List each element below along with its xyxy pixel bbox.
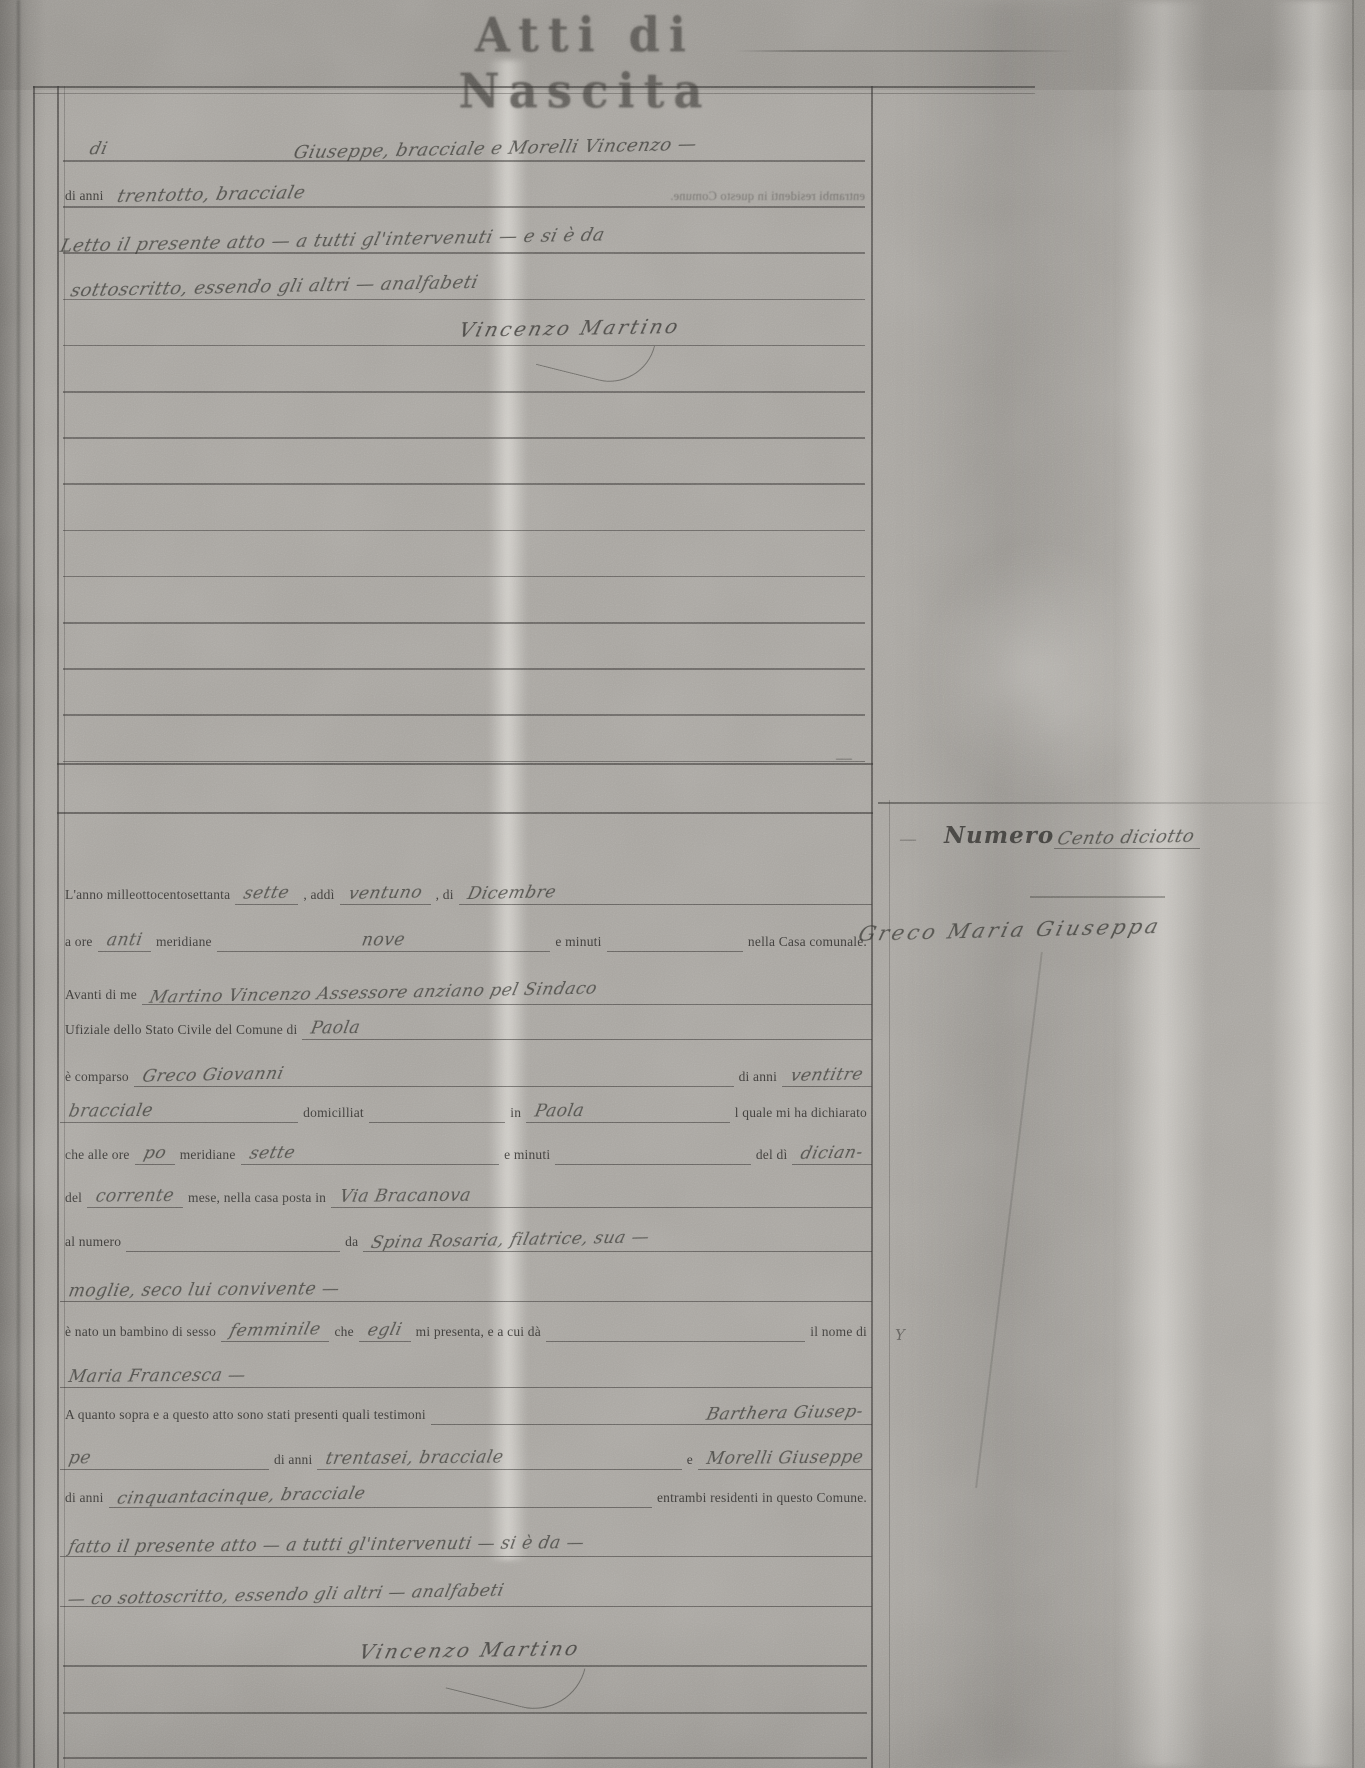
handwritten-entry: egli (359, 1320, 411, 1342)
printed-label: l quale mi ha dichiarato (730, 1105, 872, 1123)
blank-underline (373, 1507, 652, 1508)
handwritten-entry: Paola (526, 1101, 593, 1123)
printed-label: domicilliat (298, 1105, 369, 1123)
printed-label: a ore (60, 934, 98, 952)
numero-label: Numero (944, 822, 1054, 849)
printed-label: del dì (751, 1147, 793, 1165)
blank-underline (658, 1251, 872, 1252)
frame-line-left-outer (33, 86, 35, 1768)
scan-shadow-left-edge (0, 0, 46, 1768)
ruled-line (63, 1712, 867, 1714)
blank-underline (555, 1164, 751, 1165)
printed-label: e minuti (550, 934, 606, 952)
handwritten-entry: Maria Francesca — (60, 1366, 255, 1388)
frame-line-right-inner (889, 800, 890, 1768)
handwritten-entry: Dicembre (459, 883, 565, 905)
printed-label: di anni (60, 1490, 109, 1508)
blank-underline (126, 1251, 340, 1252)
blank-underline (480, 1207, 872, 1208)
blank-underline (369, 1122, 505, 1123)
handwritten-entry: nove (353, 930, 414, 952)
blank-underline (304, 1164, 500, 1165)
handwritten-entry: bracciale (60, 1101, 162, 1123)
handwritten-entry: cinquantacinque, bracciale (109, 1486, 374, 1508)
numero-flourish-line (1030, 896, 1165, 898)
handwritten-entry: Barthera Giusep- (698, 1403, 872, 1425)
scan-bright-patch (920, 540, 1160, 800)
blank-underline (100, 1469, 269, 1470)
printed-label: che (329, 1324, 358, 1342)
form-line: pedi annitrentasei, braccialeeMorelli Gi… (60, 1436, 872, 1470)
handwritten-entry: dician- (792, 1143, 872, 1165)
blank-underline (370, 1039, 872, 1040)
printed-label: del (60, 1190, 87, 1208)
numero-cell-top-border (878, 802, 1336, 804)
form-line: Avanti di meMartino Vincenzo Assessore a… (60, 971, 872, 1005)
form-line: fatto il presente atto — a tutti gl'inte… (60, 1523, 872, 1557)
printed-label: , di (431, 887, 459, 905)
scan-fold-band (1118, 0, 1208, 1768)
printed-label: è comparso (60, 1069, 134, 1087)
handwritten-entry: sette (235, 883, 298, 905)
printed-label: è nato un bambino di sesso (60, 1324, 221, 1342)
handwritten-entry: ventitre (782, 1065, 872, 1087)
handwritten-entry: Via Bracanova (331, 1186, 480, 1208)
blank-underline (255, 1387, 872, 1388)
blank-underline (607, 951, 743, 952)
handwritten-entry: Paola (302, 1018, 369, 1040)
form-line: di annicinquantacinque, braccialeentramb… (60, 1474, 872, 1508)
numero-field: — Numero Cento diciotto (900, 822, 1340, 849)
blank-underline (292, 1086, 733, 1087)
form-line: a oreantimeridianenovee minutinella Casa… (60, 918, 872, 952)
handwritten-entry: sette (241, 1143, 304, 1165)
ruled-line (63, 1665, 867, 1667)
form-line: al numerodaSpina Rosaria, filatrice, sua… (60, 1218, 872, 1252)
margin-dash: — (900, 831, 944, 849)
blank-underline (605, 1004, 872, 1005)
form-line: — co sottoscritto, essendo gli altri — a… (60, 1573, 872, 1607)
printed-label: A quanto sopra e a questo atto sono stat… (60, 1407, 431, 1425)
form-line: Ufiziale dello Stato Civile del Comune d… (60, 1006, 872, 1040)
printed-label: Avanti di me (60, 987, 142, 1005)
printed-label: nella Casa comunale. (743, 934, 872, 952)
handwritten-entry: moglie, seco lui convivente — (60, 1280, 348, 1302)
handwritten-entry: trentasei, bracciale (317, 1448, 512, 1470)
handwritten-entry: anti (98, 930, 151, 952)
act-signature: Vincenzo Martino (360, 1626, 872, 1662)
blank-underline (348, 1301, 872, 1302)
printed-label: e minuti (499, 1147, 555, 1165)
printed-label: L'anno milleottocentosettanta (60, 887, 235, 905)
act-form-section: L'anno milleottocentosettantasette, addì… (60, 0, 872, 1768)
blank-underline (593, 1556, 872, 1557)
blank-underline (593, 1122, 729, 1123)
printed-label: entrambi residenti in questo Comune. (652, 1490, 872, 1508)
printed-label: da (340, 1234, 363, 1252)
form-line: moglie, seco lui convivente — (60, 1268, 872, 1302)
printed-label: mi presenta, e a cui dà (411, 1324, 546, 1342)
form-line: è comparsoGreco Giovannidi anniventitre (60, 1053, 872, 1087)
numero-value: Cento diciotto (1054, 827, 1200, 849)
blank-underline (217, 951, 353, 952)
scan-edge-line (17, 0, 20, 1768)
form-line: è nato un bambino di sessofemminilecheeg… (60, 1308, 872, 1342)
scanned-birth-record-page: Atti di Nascita di Giuseppe, bracciale e… (0, 0, 1365, 1768)
printed-label: di anni (269, 1452, 318, 1470)
pen-mark: Y (895, 1326, 905, 1344)
blank-underline (513, 1469, 682, 1470)
scan-fold-line (1352, 0, 1354, 1768)
printed-label: meridiane (151, 934, 217, 952)
form-line: Maria Francesca — (60, 1354, 872, 1388)
handwritten-entry: Greco Giovanni (134, 1065, 292, 1087)
blank-underline (414, 951, 550, 952)
blank-underline (162, 1122, 298, 1123)
form-line: che alle orepomeridianesettee minutidel … (60, 1131, 872, 1165)
form-line: A quanto sopra e a questo atto sono stat… (60, 1391, 872, 1425)
blank-underline (546, 1341, 805, 1342)
form-line: L'anno milleottocentosettantasette, addì… (60, 871, 872, 905)
form-line: braccialedomicilliatinPaolal quale mi ha… (60, 1089, 872, 1123)
scan-scratch-line (975, 952, 1042, 1488)
scan-fold-band (1270, 0, 1350, 1768)
handwritten-entry: fatto il presente atto — a tutti gl'inte… (60, 1535, 593, 1557)
handwritten-entry: femminile (221, 1320, 329, 1342)
blank-underline (565, 904, 872, 905)
printed-label: mese, nella casa posta in (183, 1190, 331, 1208)
printed-label: meridiane (175, 1147, 241, 1165)
handwritten-entry: po (135, 1143, 175, 1165)
handwritten-entry: Martino Vincenzo Assessore anziano pel S… (142, 983, 605, 1005)
handwritten-entry: Morelli Giuseppe (698, 1448, 872, 1470)
printed-label: in (505, 1105, 526, 1123)
printed-label: al numero (60, 1234, 126, 1252)
printed-label: che alle ore (60, 1147, 135, 1165)
frame-line-left (57, 86, 59, 1768)
printed-label: di anni (734, 1069, 783, 1087)
handwritten-entry: corrente (87, 1186, 183, 1208)
printed-label: Ufiziale dello Stato Civile del Comune d… (60, 1022, 302, 1040)
blank-underline (512, 1606, 872, 1607)
margin-child-name: Greco Maria Giuseppa (860, 918, 1280, 942)
blank-underline (431, 1424, 699, 1425)
handwritten-entry: — co sottoscritto, essendo gli altri — a… (60, 1585, 512, 1607)
printed-label: e (682, 1452, 698, 1470)
printed-label: , addì (298, 887, 339, 905)
form-line: delcorrentemese, nella casa posta inVia … (60, 1174, 872, 1208)
scan-shadow-column (900, 0, 1130, 1768)
handwritten-entry: ventuno (340, 883, 431, 905)
handwritten-entry: pe (60, 1448, 100, 1470)
printed-label: il nome di (805, 1324, 872, 1342)
handwritten-entry: Spina Rosaria, filatrice, sua — (363, 1230, 658, 1252)
ruled-line (63, 1757, 867, 1759)
